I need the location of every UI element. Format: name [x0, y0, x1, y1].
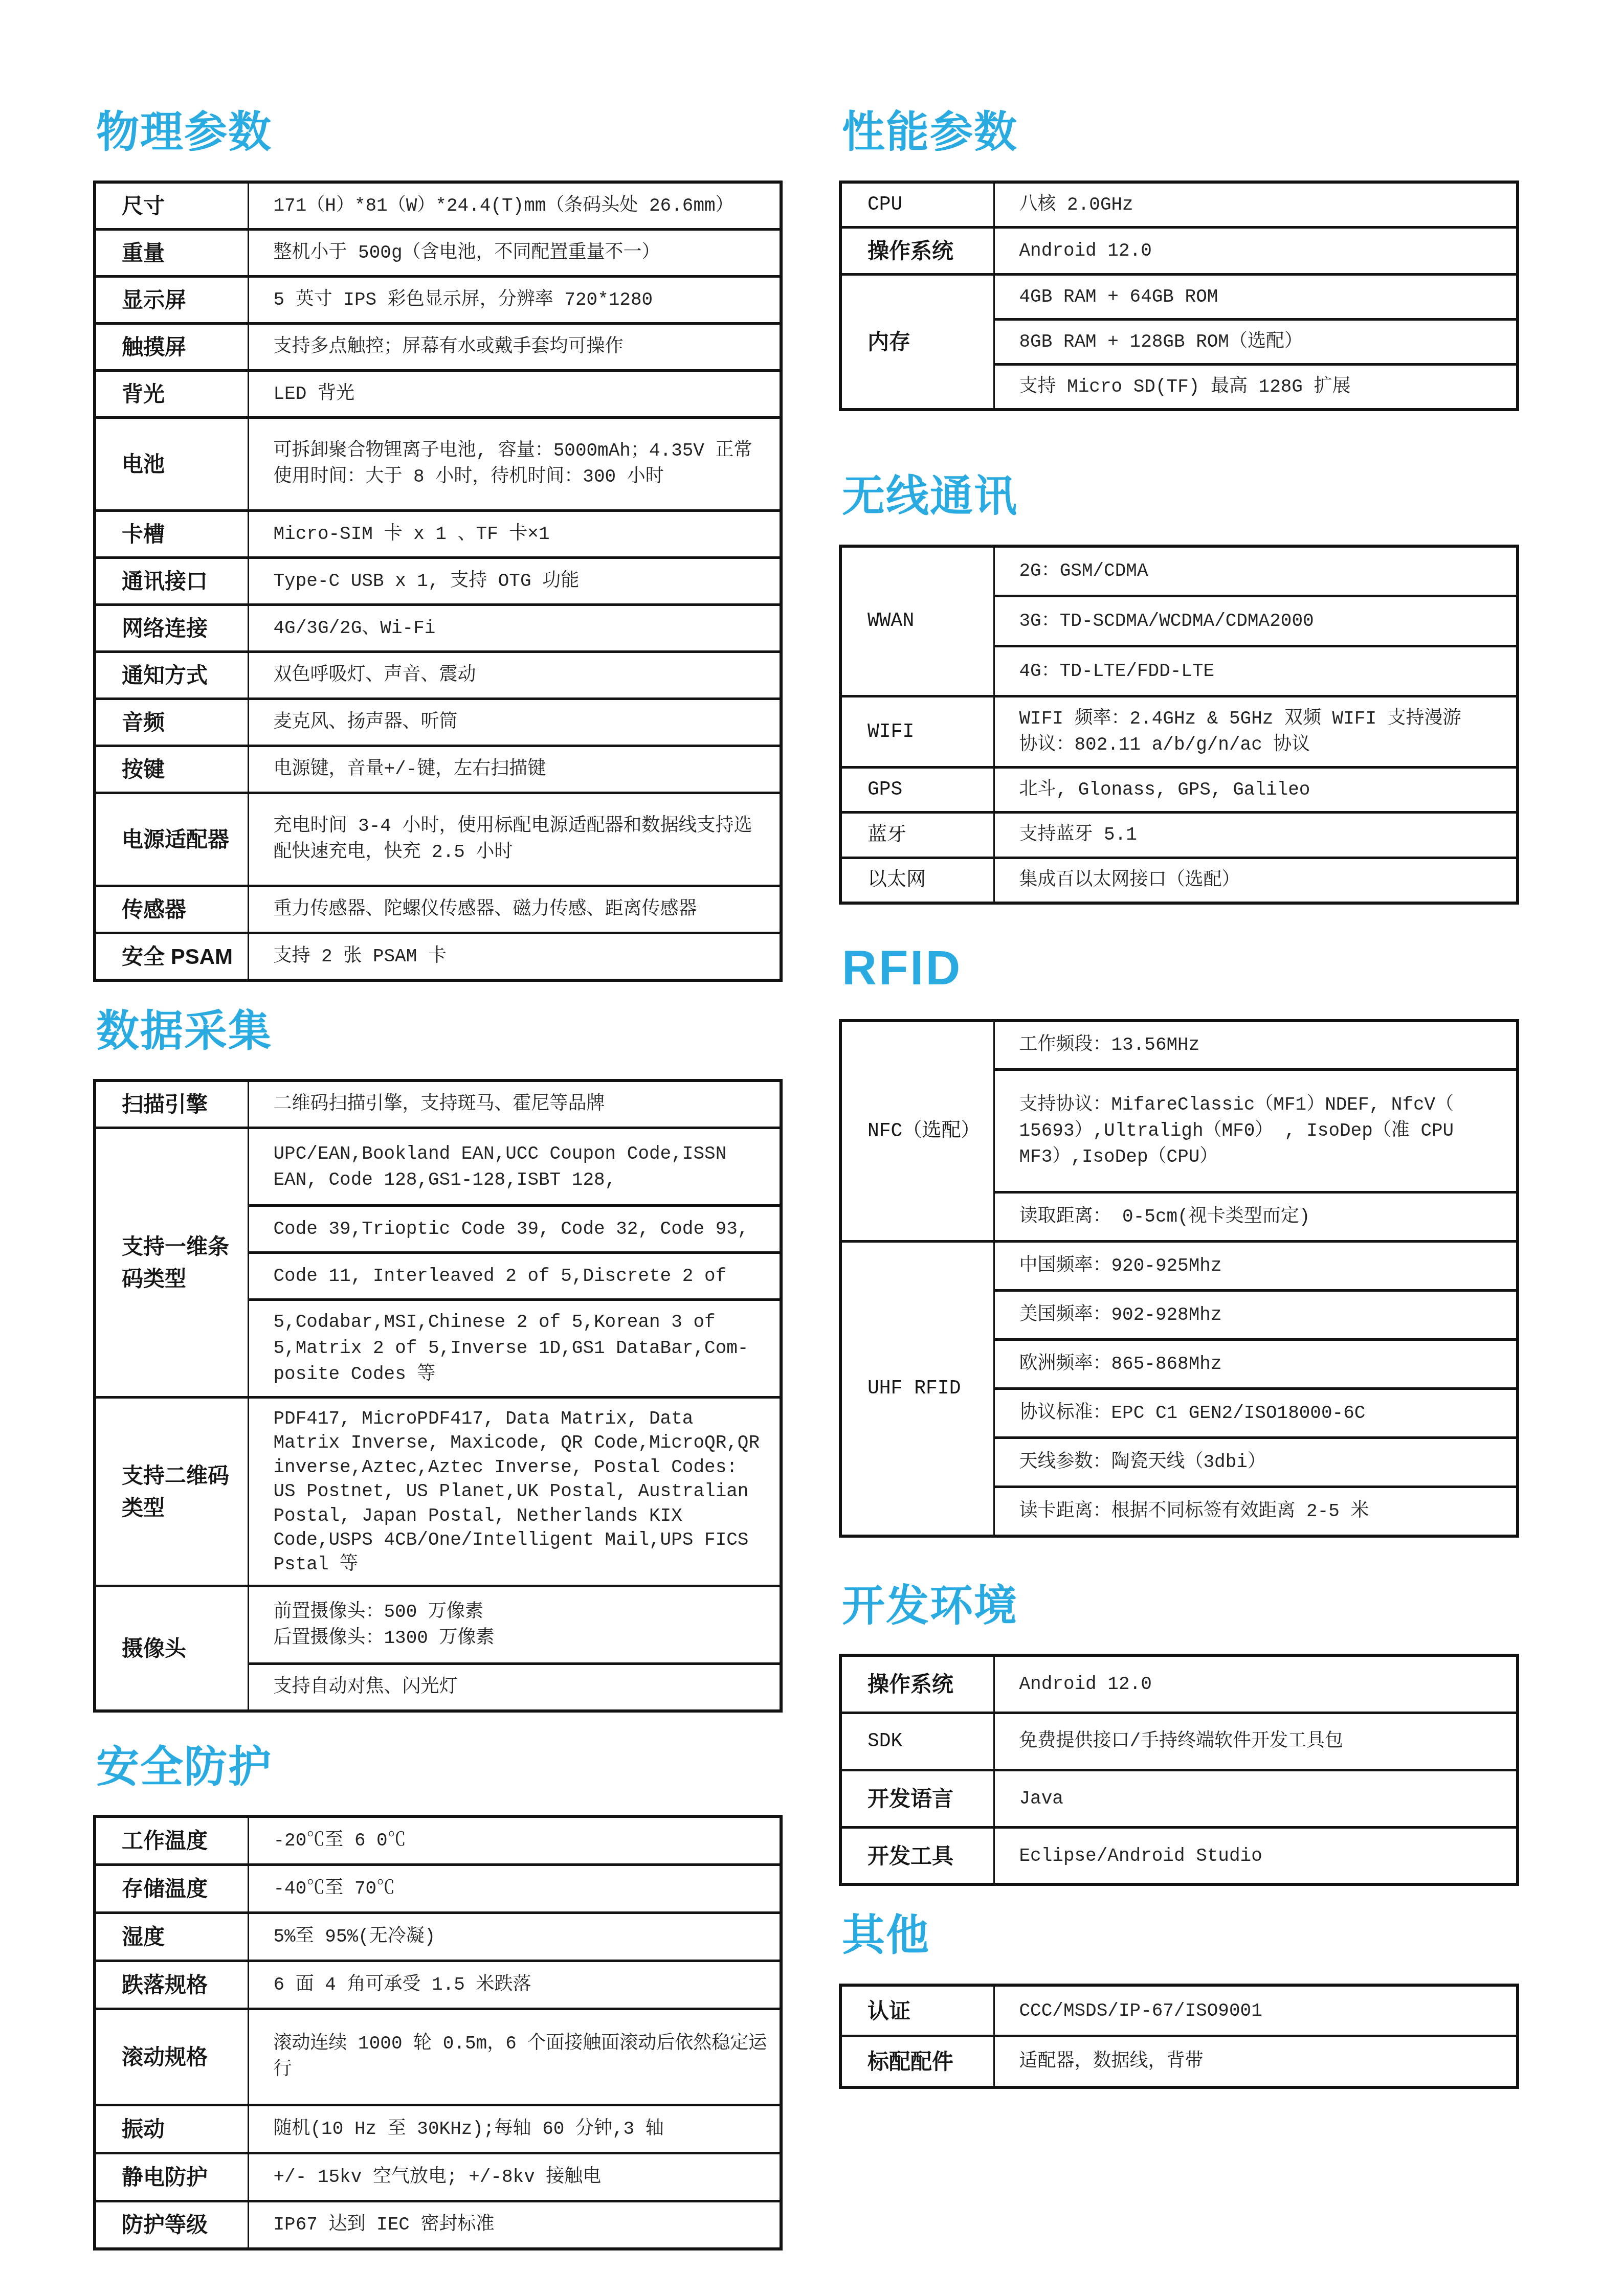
row-label: 电池: [95, 417, 248, 510]
row-label: GPS: [840, 768, 994, 813]
table-row: WIFI WIFI 频率：2.4GHz & 5GHz 双频 WIFI 支持漫游 …: [840, 696, 1518, 768]
row-value: 八核 2.0GHz: [994, 182, 1518, 228]
row-value: 4G/3G/2G、Wi-Fi: [248, 604, 781, 651]
section-title-other: 其他: [842, 1910, 1519, 1960]
group-value: 4G：TD-LTE/FDD-LTE: [994, 646, 1518, 696]
row-value: 可拆卸聚合物锂离子电池, 容量：5000mAh；4.35V 正常使用时间：大于 …: [248, 417, 781, 510]
row-value: 随机(10 Hz 至 30KHz);每轴 60 分钟,3 轴: [248, 2105, 781, 2153]
table-row: 静电防护 +/- 15kv 空气放电; +/-8kv 接触电: [95, 2153, 781, 2201]
row-value: -20℃至 6 0℃: [248, 1816, 781, 1864]
row-value: 二维码扫描引擎，支持斑马、霍尼等品牌: [248, 1081, 781, 1128]
section-other: 其他 认证 CCC/MSDS/IP-67/ISO9001 标配配件 适配器，数据…: [839, 1910, 1519, 2089]
row-label: 音频: [95, 699, 248, 746]
group-value: 读取距离： 0-5cm(视卡类型而定): [994, 1192, 1518, 1242]
table-row: 电池 可拆卸聚合物锂离子电池, 容量：5000mAh；4.35V 正常使用时间：…: [95, 417, 781, 510]
row-value: 5 英寸 IPS 彩色显示屏，分辨率 720*1280: [248, 276, 781, 323]
table-row: 安全 PSAM 支持 2 张 PSAM 卡: [95, 933, 781, 980]
group-value: Code 11, Interleaved 2 of 5,Discrete 2 o…: [248, 1253, 781, 1300]
rfid-body: NFC（选配） 工作频段：13.56MHz 支持协议：MifareClassic…: [840, 1021, 1518, 1536]
group-value: 支持自动对焦、闪光灯: [248, 1664, 781, 1711]
row-label: 振动: [95, 2105, 248, 2153]
section-rfid: RFID NFC（选配） 工作频段：13.56MHz 支持协议：MifareCl…: [839, 940, 1519, 1538]
row-value: LED 背光: [248, 370, 781, 417]
row-label: 开发语言: [840, 1770, 994, 1827]
other-table: 认证 CCC/MSDS/IP-67/ISO9001 标配配件 适配器，数据线，背…: [839, 1984, 1519, 2089]
row-label: 尺寸: [95, 182, 248, 230]
table-row: 网络连接 4G/3G/2G、Wi-Fi: [95, 604, 781, 651]
performance-table: CPU 八核 2.0GHz 操作系统 Android 12.0 内存 4GB R…: [839, 181, 1519, 411]
table-row: 按键 电源键，音量+/-键，左右扫描键: [95, 746, 781, 793]
row-label: 重量: [95, 229, 248, 276]
group-value: 8GB RAM + 128GB ROM（选配）: [994, 319, 1518, 364]
group-value: 2G：GSM/CDMA: [994, 546, 1518, 596]
table-row: 尺寸 171（H）*81（W）*24.4(T)mm（条码头处 26.6mm）: [95, 182, 781, 230]
wireless-body: WWAN 2G：GSM/CDMA 3G：TD-SCDMA/WCDMA/CDMA2…: [840, 546, 1518, 903]
row-value: 充电时间 3-4 小时，使用标配电源适配器和数据线支持选配快速充电，快充 2.5…: [248, 793, 781, 886]
row-label: 电源适配器: [95, 793, 248, 886]
row-label: 安全 PSAM: [95, 933, 248, 980]
row-value: 重力传感器、陀螺仪传感器、磁力传感、距离传感器: [248, 886, 781, 933]
development-table: 操作系统 Android 12.0 SDK 免费提供接口/手持终端软件开发工具包…: [839, 1654, 1519, 1886]
row-label: 开发工具: [840, 1827, 994, 1884]
table-row: 操作系统 Android 12.0: [840, 227, 1518, 274]
group-value: 中国频率：920-925Mhz: [994, 1242, 1518, 1291]
section-physical: 物理参数 尺寸 171（H）*81（W）*24.4(T)mm（条码头处 26.6…: [93, 107, 783, 982]
section-title-rfid: RFID: [842, 940, 1519, 996]
row-value: Micro-SIM 卡 x 1 、TF 卡×1: [248, 510, 781, 557]
row-label: 通讯接口: [95, 557, 248, 604]
table-row: 标配配件 适配器，数据线，背带: [840, 2036, 1518, 2087]
row-label: SDK: [840, 1713, 994, 1770]
safety-body: 工作温度 -20℃至 6 0℃ 存储温度 -40℃至 70℃ 湿度 5%至 95…: [95, 1816, 781, 2249]
row-label: 扫描引擎: [95, 1081, 248, 1128]
row-label: 静电防护: [95, 2153, 248, 2201]
row-label: 存储温度: [95, 1864, 248, 1912]
table-row: UHF RFID 中国频率：920-925Mhz: [840, 1242, 1518, 1291]
table-row: CPU 八核 2.0GHz: [840, 182, 1518, 228]
row-label: 蓝牙: [840, 813, 994, 858]
section-data-collection: 数据采集 扫描引擎 二维码扫描引擎，支持斑马、霍尼等品牌 支持一维条码类型 UP…: [93, 1006, 783, 1713]
group-label-1d-barcodes: 支持一维条码类型: [95, 1128, 248, 1397]
wireless-table: WWAN 2G：GSM/CDMA 3G：TD-SCDMA/WCDMA/CDMA2…: [839, 545, 1519, 905]
table-row: 传感器 重力传感器、陀螺仪传感器、磁力传感、距离传感器: [95, 886, 781, 933]
row-value: PDF417, MicroPDF417, Data Matrix, Data M…: [248, 1397, 781, 1586]
table-row: GPS 北斗, Glonass, GPS, Galileo: [840, 768, 1518, 813]
row-label: 工作温度: [95, 1816, 248, 1864]
row-value: 支持 2 张 PSAM 卡: [248, 933, 781, 980]
table-row: 开发语言 Java: [840, 1770, 1518, 1827]
row-value: Type-C USB x 1, 支持 OTG 功能: [248, 557, 781, 604]
table-row: 存储温度 -40℃至 70℃: [95, 1864, 781, 1912]
table-row: WWAN 2G：GSM/CDMA: [840, 546, 1518, 596]
row-value: CCC/MSDS/IP-67/ISO9001: [994, 1985, 1518, 2036]
row-value: 支持蓝牙 5.1: [994, 813, 1518, 858]
row-label: 通知方式: [95, 651, 248, 699]
row-value: 北斗, Glonass, GPS, Galileo: [994, 768, 1518, 813]
group-value: 5,Codabar,MSI,Chinese 2 of 5,Korean 3 of…: [248, 1300, 781, 1397]
table-row: 防护等级 IP67 达到 IEC 密封标准: [95, 2201, 781, 2249]
section-development: 开发环境 操作系统 Android 12.0 SDK 免费提供接口/手持终端软件…: [839, 1581, 1519, 1886]
row-value: 6 面 4 角可承受 1.5 米跌落: [248, 1961, 781, 2009]
group-value: 天线参数：陶瓷天线（3dbi）: [994, 1438, 1518, 1487]
row-label: 跌落规格: [95, 1961, 248, 2009]
table-row: 卡槽 Micro-SIM 卡 x 1 、TF 卡×1: [95, 510, 781, 557]
row-value: 整机小于 500g（含电池，不同配置重量不一）: [248, 229, 781, 276]
row-label: 防护等级: [95, 2201, 248, 2249]
table-row: 湿度 5%至 95%(无冷凝): [95, 1912, 781, 1961]
row-label: 以太网: [840, 858, 994, 903]
table-row: 工作温度 -20℃至 6 0℃: [95, 1816, 781, 1864]
table-row: 以太网 集成百以太网接口（选配）: [840, 858, 1518, 903]
row-value: Eclipse/Android Studio: [994, 1827, 1518, 1884]
group-value: 支持协议：MifareClassic（MF1）NDEF, NfcV（ 15693…: [994, 1070, 1518, 1192]
group-label-wwan: WWAN: [840, 546, 994, 696]
row-label: 网络连接: [95, 604, 248, 651]
row-label: 标配配件: [840, 2036, 994, 2087]
row-value: 支持多点触控；屏幕有水或戴手套均可操作: [248, 323, 781, 370]
table-row: 电源适配器 充电时间 3-4 小时，使用标配电源适配器和数据线支持选配快速充电，…: [95, 793, 781, 886]
section-title-safety: 安全防护: [96, 1742, 783, 1792]
row-value: WIFI 频率：2.4GHz & 5GHz 双频 WIFI 支持漫游 协议：80…: [994, 696, 1518, 768]
table-row: SDK 免费提供接口/手持终端软件开发工具包: [840, 1713, 1518, 1770]
group-label-2d-barcodes: 支持二维码类型: [95, 1397, 248, 1586]
row-label: 触摸屏: [95, 323, 248, 370]
row-label: 滚动规格: [95, 2009, 248, 2105]
row-label: 传感器: [95, 886, 248, 933]
row-value: 双色呼吸灯、声音、震动: [248, 651, 781, 699]
safety-table: 工作温度 -20℃至 6 0℃ 存储温度 -40℃至 70℃ 湿度 5%至 95…: [93, 1815, 783, 2250]
row-value: IP67 达到 IEC 密封标准: [248, 2201, 781, 2249]
row-value: 免费提供接口/手持终端软件开发工具包: [994, 1713, 1518, 1770]
table-row: 跌落规格 6 面 4 角可承受 1.5 米跌落: [95, 1961, 781, 2009]
row-label: 操作系统: [840, 1655, 994, 1713]
row-value: 麦克风、扬声器、听筒: [248, 699, 781, 746]
group-value: 协议标准：EPC C1 GEN2/ISO18000-6C: [994, 1389, 1518, 1438]
table-row: 扫描引擎 二维码扫描引擎，支持斑马、霍尼等品牌: [95, 1081, 781, 1128]
row-value: -40℃至 70℃: [248, 1864, 781, 1912]
table-row: 通讯接口 Type-C USB x 1, 支持 OTG 功能: [95, 557, 781, 604]
group-value: 支持 Micro SD(TF) 最高 128G 扩展: [994, 364, 1518, 410]
row-label: 显示屏: [95, 276, 248, 323]
table-row: 摄像头 前置摄像头：500 万像素 后置摄像头：1300 万像素: [95, 1586, 781, 1664]
table-row: 滚动规格 滚动连续 1000 轮 0.5m，6 个面接触面滚动后依然稳定运行: [95, 2009, 781, 2105]
section-title-data-collection: 数据采集: [96, 1006, 783, 1056]
group-value: 3G：TD-SCDMA/WCDMA/CDMA2000: [994, 596, 1518, 646]
section-title-physical: 物理参数: [96, 107, 783, 157]
section-wireless: 无线通讯 WWAN 2G：GSM/CDMA 3G：TD-SCDMA/WCDMA/…: [839, 471, 1519, 905]
group-label-camera: 摄像头: [95, 1586, 248, 1711]
table-row: 支持二维码类型 PDF417, MicroPDF417, Data Matrix…: [95, 1397, 781, 1586]
table-row: 触摸屏 支持多点触控；屏幕有水或戴手套均可操作: [95, 323, 781, 370]
row-value: 5%至 95%(无冷凝): [248, 1912, 781, 1961]
group-value: UPC/EAN,Bookland EAN,UCC Coupon Code,ISS…: [248, 1128, 781, 1206]
section-title-performance: 性能参数: [842, 107, 1519, 157]
group-label-memory: 内存: [840, 274, 994, 410]
table-row: 认证 CCC/MSDS/IP-67/ISO9001: [840, 1985, 1518, 2036]
row-label: 按键: [95, 746, 248, 793]
row-label: 湿度: [95, 1912, 248, 1961]
table-row: 蓝牙 支持蓝牙 5.1: [840, 813, 1518, 858]
table-row: 重量 整机小于 500g（含电池，不同配置重量不一）: [95, 229, 781, 276]
table-row: NFC（选配） 工作频段：13.56MHz: [840, 1021, 1518, 1070]
section-title-wireless: 无线通讯: [842, 471, 1519, 521]
group-value: 前置摄像头：500 万像素 后置摄像头：1300 万像素: [248, 1586, 781, 1664]
row-label: CPU: [840, 182, 994, 228]
table-row: 显示屏 5 英寸 IPS 彩色显示屏，分辨率 720*1280: [95, 276, 781, 323]
row-value: 电源键，音量+/-键，左右扫描键: [248, 746, 781, 793]
group-value: 美国频率：902-928Mhz: [994, 1291, 1518, 1340]
row-value: Android 12.0: [994, 1655, 1518, 1713]
data-collection-table: 扫描引擎 二维码扫描引擎，支持斑马、霍尼等品牌 支持一维条码类型 UPC/EAN…: [93, 1079, 783, 1712]
rfid-table: NFC（选配） 工作频段：13.56MHz 支持协议：MifareClassic…: [839, 1019, 1519, 1538]
row-value: +/- 15kv 空气放电; +/-8kv 接触电: [248, 2153, 781, 2201]
row-label: 操作系统: [840, 227, 994, 274]
right-column: 性能参数 CPU 八核 2.0GHz 操作系统 Android 12.0 内存 …: [839, 0, 1519, 2089]
group-value: 读卡距离：根据不同标签有效距离 2-5 米: [994, 1487, 1518, 1536]
group-value: 工作频段：13.56MHz: [994, 1021, 1518, 1070]
table-row: 操作系统 Android 12.0: [840, 1655, 1518, 1713]
table-row: 音频 麦克风、扬声器、听筒: [95, 699, 781, 746]
development-body: 操作系统 Android 12.0 SDK 免费提供接口/手持终端软件开发工具包…: [840, 1655, 1518, 1884]
table-row: 通知方式 双色呼吸灯、声音、震动: [95, 651, 781, 699]
physical-params-body: 尺寸 171（H）*81（W）*24.4(T)mm（条码头处 26.6mm） 重…: [95, 182, 781, 980]
row-value: 适配器，数据线，背带: [994, 2036, 1518, 2087]
data-collection-body: 扫描引擎 二维码扫描引擎，支持斑马、霍尼等品牌 支持一维条码类型 UPC/EAN…: [95, 1081, 781, 1710]
row-value: Java: [994, 1770, 1518, 1827]
performance-body: CPU 八核 2.0GHz 操作系统 Android 12.0 内存 4GB R…: [840, 182, 1518, 410]
row-value: Android 12.0: [994, 227, 1518, 274]
group-value: 欧洲频率：865-868Mhz: [994, 1340, 1518, 1389]
row-label: 认证: [840, 1985, 994, 2036]
other-body: 认证 CCC/MSDS/IP-67/ISO9001 标配配件 适配器，数据线，背…: [840, 1985, 1518, 2087]
table-row: 振动 随机(10 Hz 至 30KHz);每轴 60 分钟,3 轴: [95, 2105, 781, 2153]
row-label: 卡槽: [95, 510, 248, 557]
table-row: 内存 4GB RAM + 64GB ROM: [840, 274, 1518, 319]
row-value: 滚动连续 1000 轮 0.5m，6 个面接触面滚动后依然稳定运行: [248, 2009, 781, 2105]
section-title-development: 开发环境: [842, 1581, 1519, 1631]
section-performance: 性能参数 CPU 八核 2.0GHz 操作系统 Android 12.0 内存 …: [839, 107, 1519, 411]
table-row: 支持一维条码类型 UPC/EAN,Bookland EAN,UCC Coupon…: [95, 1128, 781, 1206]
group-label-uhf-rfid: UHF RFID: [840, 1242, 994, 1536]
table-row: 开发工具 Eclipse/Android Studio: [840, 1827, 1518, 1884]
group-value: 4GB RAM + 64GB ROM: [994, 274, 1518, 319]
group-label-nfc: NFC（选配）: [840, 1021, 994, 1242]
left-column: 物理参数 尺寸 171（H）*81（W）*24.4(T)mm（条码头处 26.6…: [93, 0, 783, 2250]
row-value: 171（H）*81（W）*24.4(T)mm（条码头处 26.6mm）: [248, 182, 781, 230]
section-safety: 安全防护 工作温度 -20℃至 6 0℃ 存储温度 -40℃至 70℃: [93, 1742, 783, 2251]
physical-params-table: 尺寸 171（H）*81（W）*24.4(T)mm（条码头处 26.6mm） 重…: [93, 181, 783, 982]
row-value: 集成百以太网接口（选配）: [994, 858, 1518, 903]
group-value: Code 39,Trioptic Code 39, Code 32, Code …: [248, 1206, 781, 1253]
table-row: 背光 LED 背光: [95, 370, 781, 417]
row-label: WIFI: [840, 696, 994, 768]
row-label: 背光: [95, 370, 248, 417]
spec-sheet-page: 物理参数 尺寸 171（H）*81（W）*24.4(T)mm（条码头处 26.6…: [0, 0, 1624, 2296]
